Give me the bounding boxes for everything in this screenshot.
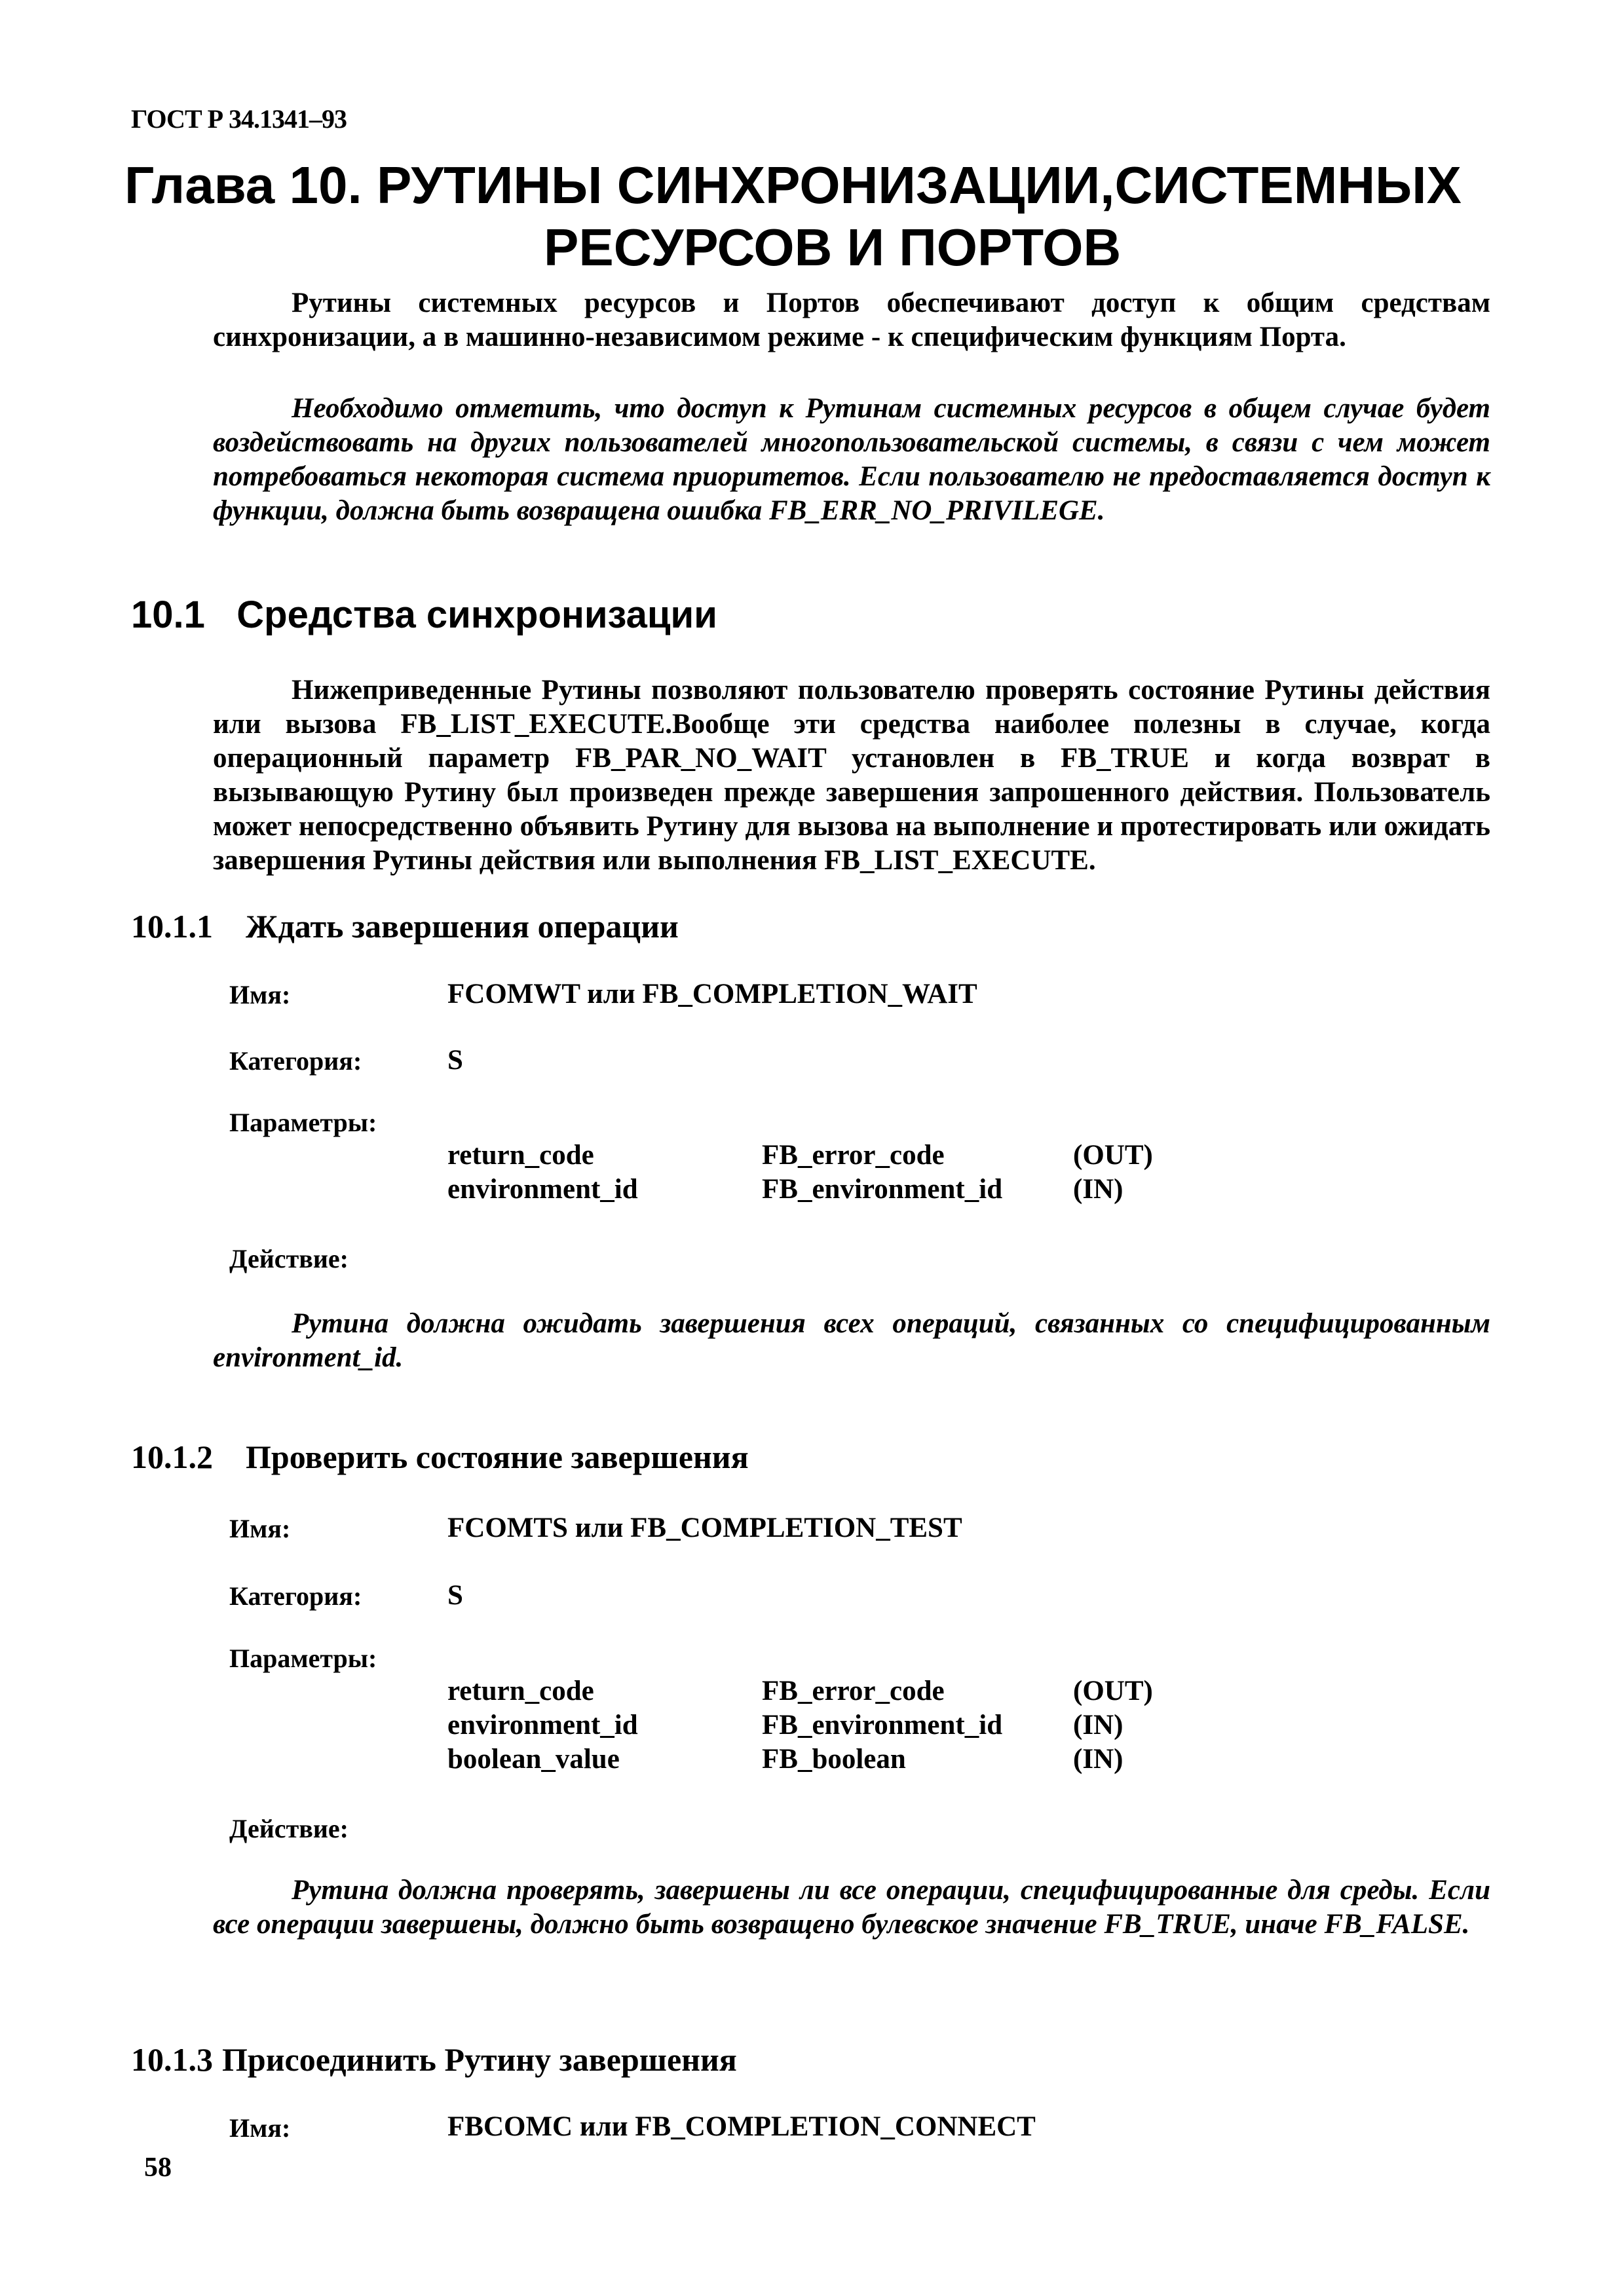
subsection-title: Присоединить Рутину завершения <box>222 2041 737 2078</box>
param-name: return_code <box>447 1139 762 1173</box>
section-title: Средства синхронизации <box>236 593 717 636</box>
category-label: Категория: <box>229 1581 362 1611</box>
subsection-title: Проверить состояние завершения <box>246 1439 749 1475</box>
table-row: environment_id FB_environment_id (IN) <box>447 1173 1153 1207</box>
chapter-title-line-2: РЕСУРСОВ И ПОРТОВ <box>124 216 1494 278</box>
category-label: Категория: <box>229 1045 362 1076</box>
parameters-table: return_code FB_error_code (OUT) environm… <box>447 1139 1153 1207</box>
parameters-table: return_code FB_error_code (OUT) environm… <box>447 1674 1153 1777</box>
section-number: 10.1 <box>131 593 205 636</box>
section-paragraph: Нижеприведенные Рутины позволяют пользов… <box>213 673 1490 878</box>
page-number: 58 <box>144 2152 172 2183</box>
param-direction: (IN) <box>1073 1708 1153 1742</box>
table-row: environment_id FB_environment_id (IN) <box>447 1708 1153 1742</box>
subsection-heading-10-1-3: 10.1.3Присоединить Рутину завершения <box>131 2041 737 2079</box>
action-label: Действие: <box>229 1243 349 1274</box>
parameters-label: Параметры: <box>229 1643 377 1674</box>
name-label: Имя: <box>229 979 290 1010</box>
chapter-title-line-1: Глава 10. РУТИНЫ СИНХРОНИЗАЦИИ,СИСТЕМНЫХ <box>124 154 1494 216</box>
param-name: return_code <box>447 1674 762 1708</box>
action-text: Рутина должна ожидать завершения всех оп… <box>213 1307 1490 1375</box>
subsection-heading-10-1-1: 10.1.1Ждать завершения операции <box>131 907 679 945</box>
param-type: FB_error_code <box>762 1139 1073 1173</box>
running-head: ГОСТ Р 34.1341–93 <box>131 104 347 134</box>
name-value: FCOMTS или FB_COMPLETION_TEST <box>447 1512 962 1544</box>
param-type: FB_error_code <box>762 1674 1073 1708</box>
param-direction: (IN) <box>1073 1173 1153 1207</box>
param-direction: (OUT) <box>1073 1139 1153 1173</box>
subsection-heading-10-1-2: 10.1.2Проверить состояние завершения <box>131 1438 749 1476</box>
parameters-label: Параметры: <box>229 1107 377 1138</box>
subsection-number: 10.1.1 <box>131 907 246 945</box>
name-value: FBCOMC или FB_COMPLETION_CONNECT <box>447 2111 1036 2143</box>
name-label: Имя: <box>229 1513 290 1544</box>
table-row: return_code FB_error_code (OUT) <box>447 1674 1153 1708</box>
subsection-title: Ждать завершения операции <box>246 908 679 945</box>
param-name: environment_id <box>447 1173 762 1207</box>
chapter-title: Глава 10. РУТИНЫ СИНХРОНИЗАЦИИ,СИСТЕМНЫХ… <box>124 154 1494 278</box>
name-value: FCOMWT или FB_COMPLETION_WAIT <box>447 978 977 1010</box>
param-name: environment_id <box>447 1708 762 1742</box>
param-direction: (IN) <box>1073 1742 1153 1777</box>
subsection-number: 10.1.2 <box>131 1438 246 1476</box>
param-type: FB_boolean <box>762 1742 1073 1777</box>
intro-paragraph: Рутины системных ресурсов и Портов обесп… <box>213 286 1490 354</box>
param-type: FB_environment_id <box>762 1708 1073 1742</box>
category-value: S <box>447 1044 463 1076</box>
action-text: Рутина должна проверять, завершены ли вс… <box>213 1873 1490 1942</box>
table-row: return_code FB_error_code (OUT) <box>447 1139 1153 1173</box>
category-value: S <box>447 1579 463 1611</box>
param-direction: (OUT) <box>1073 1674 1153 1708</box>
param-type: FB_environment_id <box>762 1173 1073 1207</box>
action-label: Действие: <box>229 1813 349 1844</box>
name-label: Имя: <box>229 2113 290 2143</box>
section-heading-10-1: 10.1 Средства синхронизации <box>131 593 717 637</box>
table-row: boolean_value FB_boolean (IN) <box>447 1742 1153 1777</box>
subsection-number: 10.1.3 <box>131 2041 213 2079</box>
param-name: boolean_value <box>447 1742 762 1777</box>
document-page: ГОСТ Р 34.1341–93 Глава 10. РУТИНЫ СИНХР… <box>0 0 1624 2296</box>
intro-note-paragraph: Необходимо отметить, что доступ к Рутина… <box>213 392 1490 528</box>
